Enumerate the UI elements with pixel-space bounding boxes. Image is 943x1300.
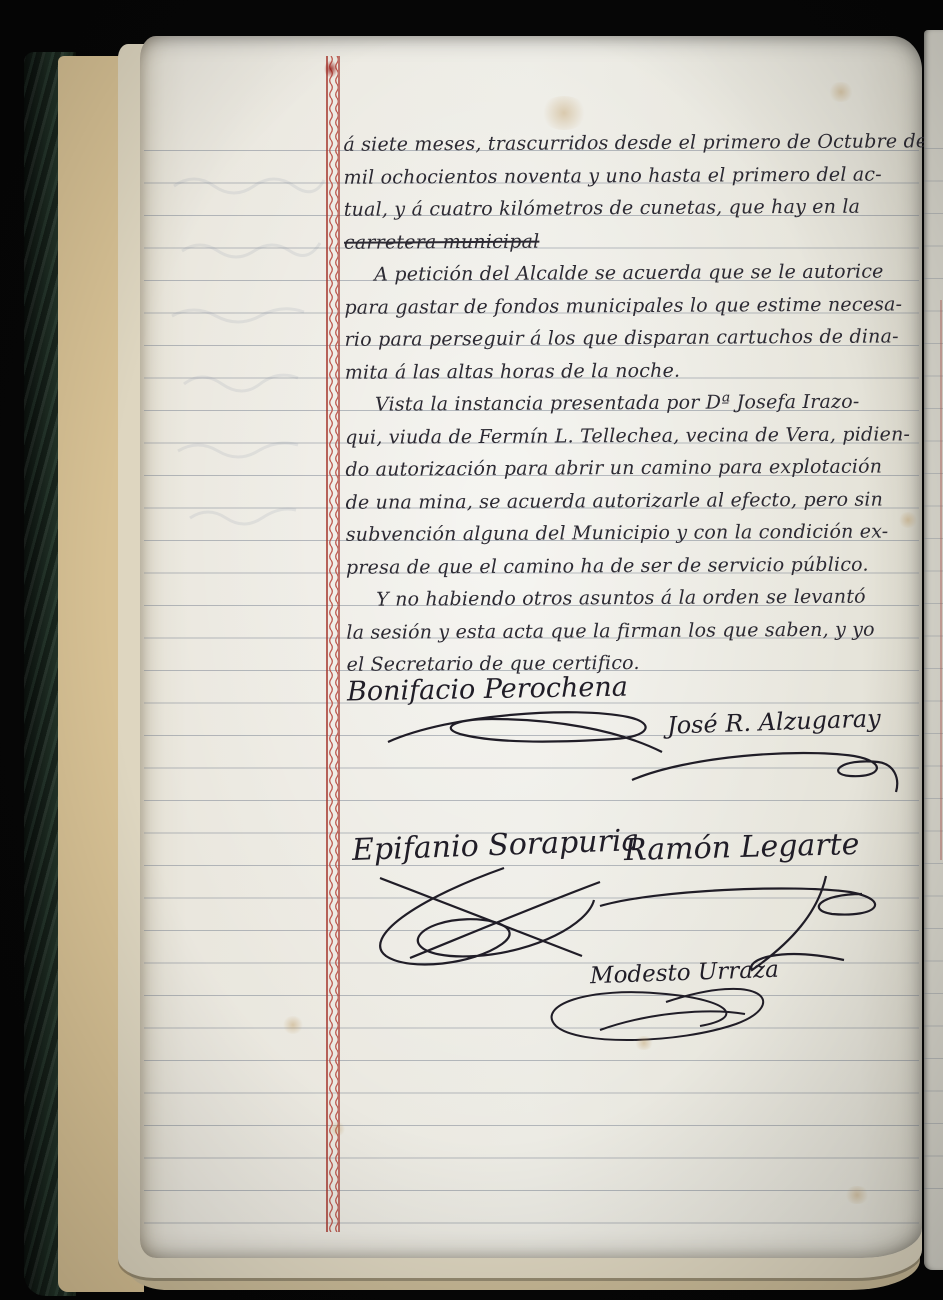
manuscript-line: qui, viuda de Fermín L. Tellechea, vecin…	[345, 418, 930, 454]
red-margin-hint	[940, 300, 942, 860]
manuscript-line: Vista la instancia presentada por Dª Jos…	[345, 385, 930, 421]
manuscript-line: carretera municipal	[344, 223, 929, 259]
signature-jose-r-alzugaray: José R. Alzugaray	[667, 704, 882, 739]
manuscript-line: la sesión y esta acta que la firman los …	[346, 613, 931, 649]
manuscript-line: de una mina, se acuerda autorizarle al e…	[346, 483, 931, 519]
ink-bleed-through	[164, 146, 329, 576]
signature-name: José R. Alzugaray	[667, 704, 882, 739]
manuscript-line: subvención alguna del Municipio y con la…	[346, 515, 931, 551]
manuscript-line: Y no habiendo otros asuntos á la orden s…	[346, 580, 931, 616]
stain	[282, 1016, 304, 1034]
margin-rule-start-mark	[324, 60, 338, 78]
manuscript-line: para gastar de fondos municipales lo que…	[344, 288, 929, 324]
signature-flourish	[354, 862, 624, 974]
manuscript-line: mil ochocientos noventa y uno hasta el p…	[344, 158, 929, 194]
manuscript-line: presa de que el camino ha de ser de serv…	[346, 548, 931, 584]
manuscript-line: tual, y á cuatro kilómetros de cunetas, …	[344, 190, 929, 226]
signature-name: Ramón Legarte	[624, 827, 860, 868]
signature-ramon-legarte: Ramón Legarte	[624, 827, 860, 868]
manuscript-page: á siete meses, trascurridos desde el pri…	[140, 36, 922, 1258]
stain	[828, 82, 854, 102]
stain	[540, 96, 588, 130]
manuscript-line: A petición del Alcalde se acuerda que se…	[344, 255, 929, 291]
stain	[844, 1186, 870, 1204]
red-margin-rule	[326, 56, 340, 1232]
facing-page-sliver	[924, 30, 943, 1270]
signature-flourish	[538, 968, 798, 1056]
manuscript-line: á siete meses, trascurridos desde el pri…	[343, 125, 928, 161]
manuscript-line: mita á las altas horas de la noche.	[345, 353, 930, 389]
manuscript-book-photo: á siete meses, trascurridos desde el pri…	[0, 0, 943, 1300]
manuscript-line: do autorización para abrir un camino par…	[345, 450, 930, 486]
manuscript-line: rio para perseguir á los que disparan ca…	[345, 320, 930, 356]
signature-flourish	[626, 740, 906, 798]
manuscript-text: á siete meses, trascurridos desde el pri…	[343, 125, 931, 681]
